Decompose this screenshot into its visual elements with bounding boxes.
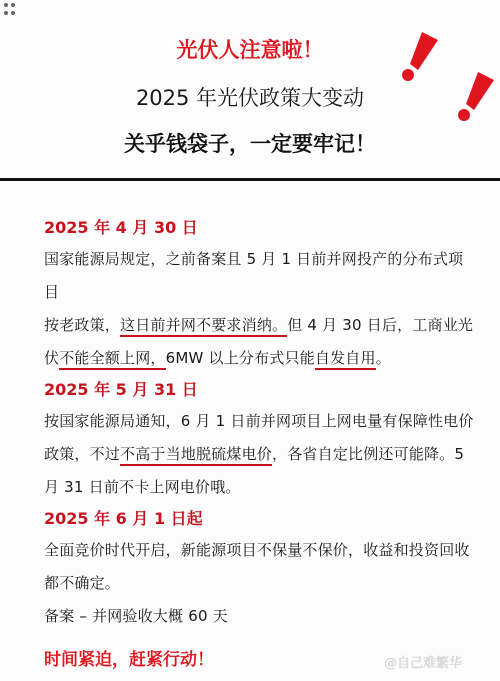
exclamation-icon <box>454 70 498 122</box>
section-date: 2025 年 5 月 31 日 <box>44 375 474 405</box>
text-span: 都不确定。 <box>44 574 120 592</box>
watermark: @自己难繁华 <box>384 652 462 671</box>
page-subtitle: 关乎钱袋子，一定要牢记！ <box>0 128 500 158</box>
policy-section: 2025 年 4 月 30 日国家能源局规定，之前备案且 5 月 1 日前并网投… <box>44 213 474 375</box>
text-span: 全面竞价时代开启，新能源项目不保量不保价，收益和投资回收 <box>44 541 470 559</box>
text-span: 按国家能源局通知，6 月 1 日前并网项目上网电量有保障性电价 <box>44 412 474 430</box>
section-line: 备案 – 并网验收大概 60 天 <box>44 600 474 633</box>
section-line: 按老政策，这日前并网不要求消纳。但 4 月 30 日后，工商业光 <box>44 309 474 342</box>
section-line: 政策，不过不高于当地脱硫煤电价，各省自定比例还可能降。5 <box>44 438 474 471</box>
text-span: 按老政策， <box>44 316 120 334</box>
section-line: 国家能源局规定，之前备案且 5 月 1 日前并网投产的分布式项目 <box>44 243 474 309</box>
text-span: ，各省自定比例还可能降。5 <box>272 445 464 463</box>
underlined-emphasis: 不高于当地脱硫煤电价 <box>120 445 272 466</box>
section-line: 按国家能源局通知，6 月 1 日前并网项目上网电量有保障性电价 <box>44 405 474 438</box>
text-span: 政策，不过 <box>44 445 120 463</box>
policy-section: 2025 年 6 月 1 日起全面竞价时代开启，新能源项目不保量不保价，收益和投… <box>44 504 474 633</box>
section-date: 2025 年 6 月 1 日起 <box>44 504 474 534</box>
divider <box>0 178 500 181</box>
text-span: 国家能源局规定，之前备案且 5 月 1 日前并网投产的分布式项目 <box>44 250 463 301</box>
text-span: 。 <box>376 349 391 367</box>
section-date: 2025 年 4 月 30 日 <box>44 213 474 243</box>
exclamation-icon <box>398 30 442 82</box>
text-span: 伏 <box>44 349 59 367</box>
underlined-emphasis: 这日前并网不要求消纳。 <box>120 316 287 337</box>
section-line: 月 31 日前不卡上网电价哦。 <box>44 471 474 504</box>
section-line: 全面竞价时代开启，新能源项目不保量不保价，收益和投资回收 <box>44 534 474 567</box>
section-line: 伏不能全额上网，6MW 以上分布式只能自发自用。 <box>44 342 474 375</box>
policy-content: 2025 年 4 月 30 日国家能源局规定，之前备案且 5 月 1 日前并网投… <box>44 213 474 677</box>
text-span: 备案 – 并网验收大概 60 天 <box>44 607 228 625</box>
text-span: 月 31 日前不卡上网电价哦。 <box>44 478 241 496</box>
page-title: 2025 年光伏政策大变动 <box>0 82 500 112</box>
underlined-emphasis: 不能全额上网， <box>59 349 165 370</box>
text-span: 但 4 月 30 日后，工商业光 <box>287 316 473 334</box>
underlined-emphasis: 自发自用 <box>315 349 376 370</box>
policy-section: 2025 年 5 月 31 日按国家能源局通知，6 月 1 日前并网项目上网电量… <box>44 375 474 504</box>
header-banner: 光伏人注意啦！ 2025 年光伏政策大变动 关乎钱袋子，一定要牢记！ <box>0 0 500 180</box>
text-span: 6MW 以上分布式只能 <box>166 349 315 367</box>
section-line: 都不确定。 <box>44 567 474 600</box>
